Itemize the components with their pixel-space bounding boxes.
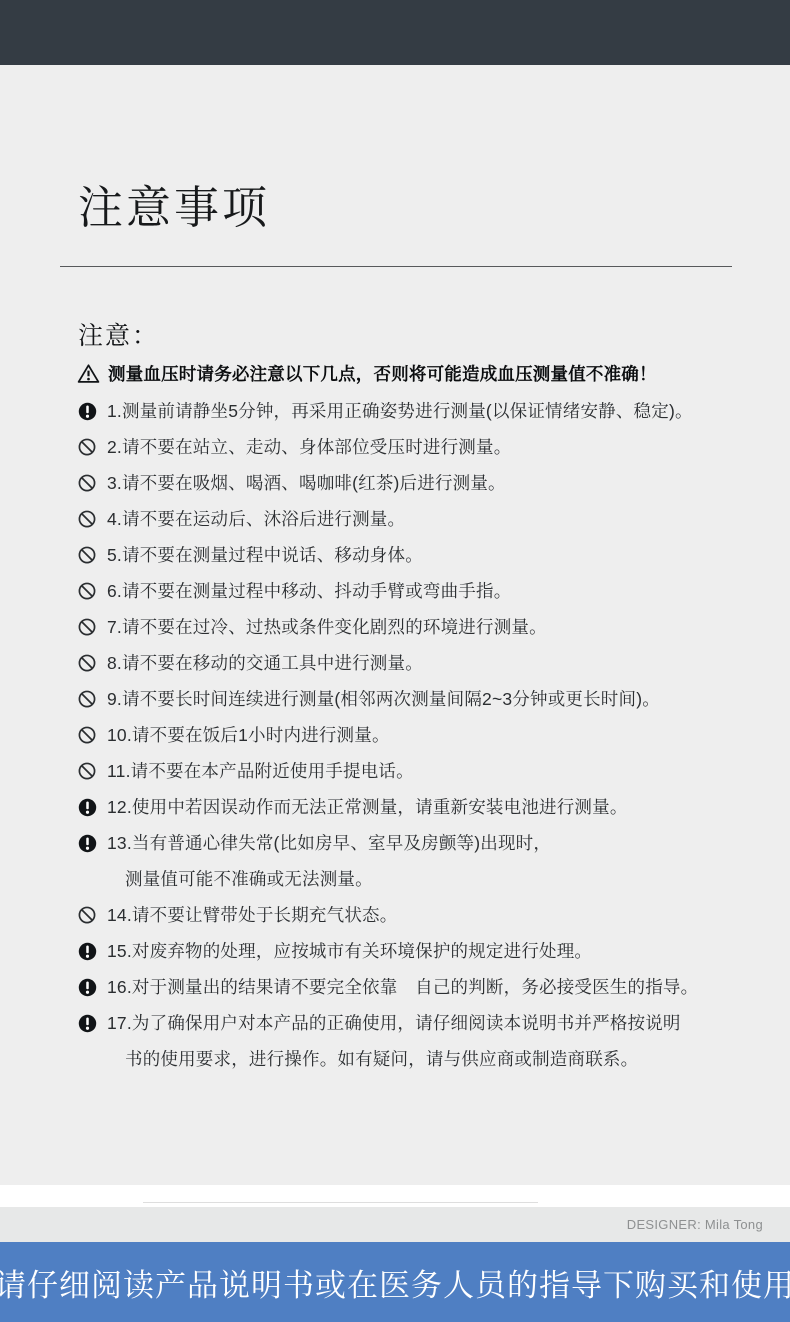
- notice-item: 17.为了确保用户对本产品的正确使用，请仔细阅读本说明书并严格按说明书的使用要求…: [78, 1005, 758, 1077]
- exclamation-icon: [78, 969, 98, 1005]
- white-strip: [0, 1185, 790, 1207]
- notice-item: 8.请不要在移动的交通工具中进行测量。: [78, 645, 758, 681]
- notice-line: 17.为了确保用户对本产品的正确使用，请仔细阅读本说明书并严格按说明: [107, 1005, 758, 1041]
- notice-item: 1.测量前请静坐5分钟，再采用正确姿势进行测量(以保证情绪安静、稳定)。: [78, 393, 758, 429]
- notice-line: 13.当有普通心律失常(比如房早、室早及房颤等)出现时，: [107, 825, 758, 861]
- notice-line: 2.请不要在站立、走动、身体部位受压时进行测量。: [107, 429, 758, 465]
- notice-item: 13.当有普通心律失常(比如房早、室早及房颤等)出现时，测量值可能不准确或无法测…: [78, 825, 758, 897]
- warning-triangle-icon: [77, 363, 100, 384]
- prohibited-icon: [78, 429, 98, 465]
- notice-line: 书的使用要求，进行操作。如有疑问，请与供应商或制造商联系。: [107, 1041, 758, 1077]
- prohibited-icon: [78, 681, 98, 717]
- notice-line: 15.对废弃物的处理，应按城市有关环境保护的规定进行处理。: [107, 933, 758, 969]
- notice-item: 6.请不要在测量过程中移动、抖动手臂或弯曲手指。: [78, 573, 758, 609]
- designer-strip: DESIGNER: Mila Tong: [0, 1207, 790, 1242]
- prohibited-icon: [78, 897, 98, 933]
- title-divider: [60, 266, 732, 267]
- notice-item: 12.使用中若因误动作而无法正常测量，请重新安装电池进行测量。: [78, 789, 758, 825]
- prohibited-icon: [78, 753, 98, 789]
- notice-item: 7.请不要在过冷、过热或条件变化剧烈的环境进行测量。: [78, 609, 758, 645]
- notice-item: 16.对于测量出的结果请不要完全依靠 自己的判断，务必接受医生的指导。: [78, 969, 758, 1005]
- notice-list: 1.测量前请静坐5分钟，再采用正确姿势进行测量(以保证情绪安静、稳定)。2.请不…: [78, 393, 758, 1077]
- page-title: 注意事项: [78, 182, 270, 234]
- notice-line: 测量值可能不准确或无法测量。: [107, 861, 758, 897]
- notice-line: 8.请不要在移动的交通工具中进行测量。: [107, 645, 758, 681]
- notice-item: 15.对废弃物的处理，应按城市有关环境保护的规定进行处理。: [78, 933, 758, 969]
- warning-row: 测量血压时请务必注意以下几点，否则将可能造成血压测量值不准确！: [77, 361, 657, 386]
- notice-line: 12.使用中若因误动作而无法正常测量，请重新安装电池进行测量。: [107, 789, 758, 825]
- footer-hairline: [143, 1202, 538, 1203]
- notice-item: 14.请不要让臂带处于长期充气状态。: [78, 897, 758, 933]
- warning-text: 测量血压时请务必注意以下几点，否则将可能造成血压测量值不准确！: [108, 361, 657, 386]
- notice-line: 14.请不要让臂带处于长期充气状态。: [107, 897, 758, 933]
- footer-banner-text: 请仔细阅读产品说明书或在医务人员的指导下购买和使用: [0, 1260, 790, 1305]
- notice-heading: 注意：: [78, 316, 159, 352]
- prohibited-icon: [78, 645, 98, 681]
- notice-line: 5.请不要在测量过程中说话、移动身体。: [107, 537, 758, 573]
- notice-line: 11.请不要在本产品附近使用手提电话。: [107, 753, 758, 789]
- exclamation-icon: [78, 825, 98, 861]
- notice-item: 10.请不要在饭后1小时内进行测量。: [78, 717, 758, 753]
- notice-item: 4.请不要在运动后、沐浴后进行测量。: [78, 501, 758, 537]
- exclamation-icon: [78, 393, 98, 429]
- notice-line: 4.请不要在运动后、沐浴后进行测量。: [107, 501, 758, 537]
- notice-item: 5.请不要在测量过程中说话、移动身体。: [78, 537, 758, 573]
- notice-line: 10.请不要在饭后1小时内进行测量。: [107, 717, 758, 753]
- prohibited-icon: [78, 537, 98, 573]
- exclamation-icon: [78, 1005, 98, 1041]
- footer-banner: 请仔细阅读产品说明书或在医务人员的指导下购买和使用: [0, 1242, 790, 1322]
- prohibited-icon: [78, 717, 98, 753]
- notice-item: 2.请不要在站立、走动、身体部位受压时进行测量。: [78, 429, 758, 465]
- notice-line: 6.请不要在测量过程中移动、抖动手臂或弯曲手指。: [107, 573, 758, 609]
- prohibited-icon: [78, 609, 98, 645]
- notice-item: 3.请不要在吸烟、喝酒、喝咖啡(红茶)后进行测量。: [78, 465, 758, 501]
- prohibited-icon: [78, 501, 98, 537]
- prohibited-icon: [78, 573, 98, 609]
- prohibited-icon: [78, 465, 98, 501]
- notice-line: 1.测量前请静坐5分钟，再采用正确姿势进行测量(以保证情绪安静、稳定)。: [107, 393, 758, 429]
- top-bar: [0, 0, 790, 65]
- notice-line: 7.请不要在过冷、过热或条件变化剧烈的环境进行测量。: [107, 609, 758, 645]
- notice-line: 16.对于测量出的结果请不要完全依靠 自己的判断，务必接受医生的指导。: [107, 969, 758, 1005]
- notice-line: 3.请不要在吸烟、喝酒、喝咖啡(红茶)后进行测量。: [107, 465, 758, 501]
- notice-item: 11.请不要在本产品附近使用手提电话。: [78, 753, 758, 789]
- designer-credit: DESIGNER: Mila Tong: [627, 1207, 763, 1242]
- notice-item: 9.请不要长时间连续进行测量(相邻两次测量间隔2~3分钟或更长时间)。: [78, 681, 758, 717]
- exclamation-icon: [78, 933, 98, 969]
- exclamation-icon: [78, 789, 98, 825]
- notice-line: 9.请不要长时间连续进行测量(相邻两次测量间隔2~3分钟或更长时间)。: [107, 681, 758, 717]
